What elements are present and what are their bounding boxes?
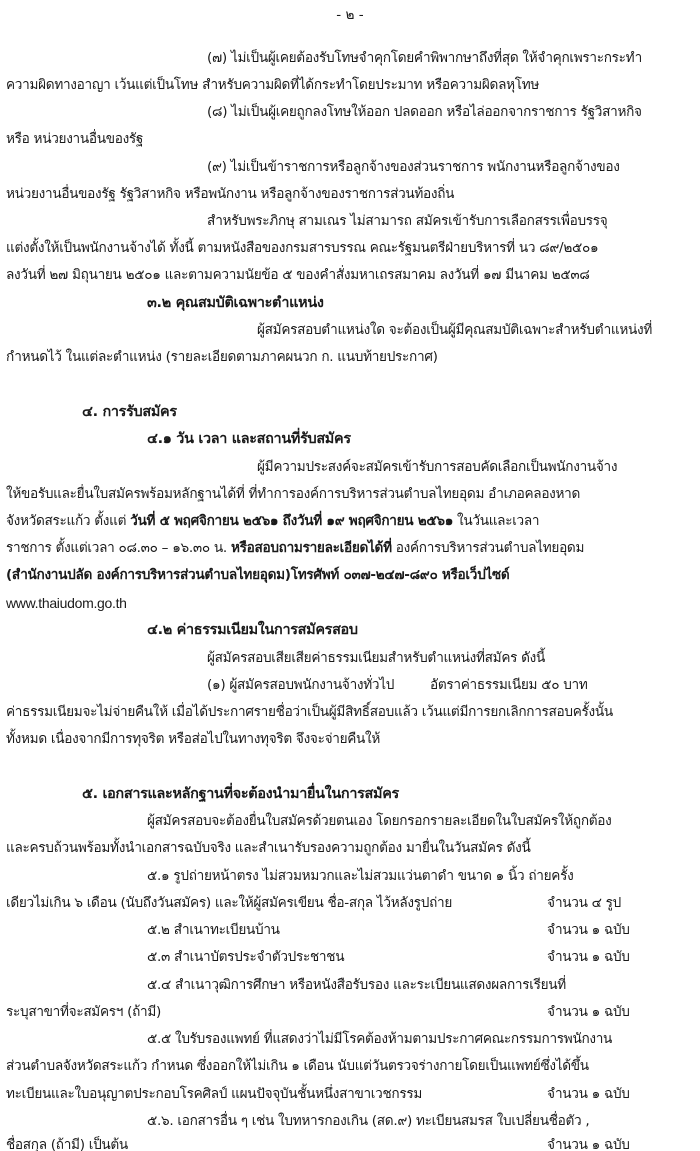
- text-line: ทั้งหมด เนื่องจากมีการทุจริต หรือส่อไปใน…: [6, 729, 380, 749]
- text-span: ในวันและเวลา: [453, 513, 539, 529]
- text-line: และครบถ้วนพร้อมทั้งนำเอกสารฉบับจริง และส…: [6, 838, 531, 858]
- document-item: ๕.๒ สำเนาทะเบียนบ้าน: [147, 920, 280, 940]
- text-line: (๗) ไม่เป็นผู้เคยต้องรับโทษจำคุกโดยคำพิพ…: [207, 48, 642, 68]
- text-line: ค่าธรรมเนียมจะไม่จ่ายคืนให้ เมื่อได้ประก…: [6, 702, 613, 722]
- text-line: ลงวันที่ ๒๗ มิถุนายน ๒๕๐๑ และตามความนัยข…: [6, 265, 590, 285]
- text-line: หรือ หน่วยงานอื่นของรัฐ: [6, 129, 143, 149]
- document-qty: จำนวน ๔ รูป: [547, 893, 621, 913]
- document-qty: จำนวน ๑ ฉบับ: [547, 920, 630, 940]
- document-item-cont: เดียวไม่เกิน ๖ เดือน (นับถึงวันสมัคร) แล…: [6, 893, 452, 913]
- text-line: ความผิดทางอาญา เว้นแต่เป็นโทษ สำหรับความ…: [6, 75, 539, 95]
- text-line: สำหรับพระภิกษุ สามเณร ไม่สามารถ สมัครเข้…: [207, 211, 607, 231]
- contact-line: (สำนักงานปลัด องค์การบริหารส่วนตำบลไทยอุ…: [6, 565, 509, 585]
- document-qty: จำนวน ๑ ฉบับ: [547, 947, 630, 967]
- document-page: - ๒ - (๗) ไม่เป็นผู้เคยต้องรับโทษจำคุกโด…: [0, 0, 700, 1151]
- text-line: (๙) ไม่เป็นข้าราชการหรือลูกจ้างของส่วนรา…: [207, 157, 620, 177]
- document-item: ๕.๑ รูปถ่ายหน้าตรง ไม่สวมหมวกและไม่สวมแว…: [147, 866, 573, 886]
- text-span: องค์การบริหารส่วนตำบลไทยอุดม: [392, 540, 584, 556]
- document-item: ๕.๔ สำเนาวุฒิการศึกษา หรือหนังสือรับรอง …: [147, 975, 566, 995]
- text-line: แต่งตั้งให้เป็นพนักงานจ้างได้ ทั้งนี้ ตา…: [6, 238, 598, 258]
- website-link[interactable]: www.thaiudom.go.th: [6, 593, 127, 613]
- text-line: (๘) ไม่เป็นผู้เคยถูกลงโทษให้ออก ปลดออก ห…: [207, 102, 642, 122]
- text-span: จังหวัดสระแก้ว ตั้งแต่: [6, 513, 130, 529]
- application-period: วันที่ ๕ พฤศจิกายน ๒๕๖๑ ถึงวันที่ ๑๙ พฤศ…: [130, 513, 453, 529]
- document-item-cont: ส่วนตำบลจังหวัดสระแก้ว กำหนด ซึ่งออกให้ไ…: [6, 1056, 589, 1076]
- fee-amount: อัตราค่าธรรมเนียม ๕๐ บาท: [430, 675, 588, 695]
- text-line: ผู้สมัครสอบตำแหน่งใด จะต้องเป็นผู้มีคุณส…: [257, 320, 652, 340]
- document-qty: จำนวน ๑ ฉบับ: [547, 1135, 630, 1151]
- text-line: ให้ขอรับและยื่นใบสมัครพร้อมหลักฐานได้ที่…: [6, 484, 580, 504]
- section-heading-4: ๔. การรับสมัคร: [82, 402, 177, 422]
- text-line: หน่วยงานอื่นของรัฐ รัฐวิสาหกิจ หรือพนักง…: [6, 184, 454, 204]
- text-line: ผู้สมัครสอบเสียเสียค่าธรรมเนียมสำหรับตำแ…: [207, 648, 545, 668]
- document-item-cont: ระบุสาขาที่จะสมัครฯ (ถ้ามี): [6, 1002, 161, 1022]
- document-item-cont: ทะเบียนและใบอนุญาตประกอบโรคศิลป์ แผนปัจจ…: [6, 1084, 422, 1104]
- document-qty: จำนวน ๑ ฉบับ: [547, 1002, 630, 1022]
- text-line: ผู้มีความประสงค์จะสมัครเข้ารับการสอบคัดเ…: [257, 457, 617, 477]
- text-line: ผู้สมัครสอบจะต้องยื่นใบสมัครด้วยตนเอง โด…: [147, 811, 612, 831]
- document-item: ๕.๖. เอกสารอื่น ๆ เช่น ใบทหารกองเกิน (สด…: [147, 1111, 589, 1131]
- section-heading-4-2: ๔.๒ ค่าธรรมเนียมในการสมัครสอบ: [147, 620, 358, 640]
- section-heading-4-1: ๔.๑ วัน เวลา และสถานที่รับสมัคร: [147, 429, 351, 449]
- document-qty: จำนวน ๑ ฉบับ: [547, 1084, 630, 1104]
- section-heading-5: ๕. เอกสารและหลักฐานที่จะต้องนำมายื่นในกา…: [82, 784, 399, 804]
- document-item: ๕.๕ ใบรับรองแพทย์ ที่แสดงว่าไม่มีโรคต้อง…: [147, 1029, 612, 1049]
- document-item: ๕.๓ สำเนาบัตรประจำตัวประชาชน: [147, 947, 344, 967]
- text-span-bold: หรือสอบถามรายละเอียดได้ที่: [231, 540, 392, 556]
- text-line: กำหนดไว้ ในแต่ละตำแหน่ง (รายละเอียดตามภา…: [6, 347, 438, 367]
- document-item-cont: ชื่อสกุล (ถ้ามี) เป็นต้น: [6, 1135, 128, 1151]
- section-heading-3-2: ๓.๒ คุณสมบัติเฉพาะตำแหน่ง: [147, 293, 324, 313]
- page-number: - ๒ -: [0, 5, 700, 25]
- text-span: ราชการ ตั้งแต่เวลา ๐๘.๓๐ – ๑๖.๓๐ น.: [6, 540, 231, 556]
- text-line: ราชการ ตั้งแต่เวลา ๐๘.๓๐ – ๑๖.๓๐ น. หรือ…: [6, 538, 584, 558]
- text-line: จังหวัดสระแก้ว ตั้งแต่ วันที่ ๕ พฤศจิกาย…: [6, 511, 539, 531]
- fee-item-label: (๑) ผู้สมัครสอบพนักงานจ้างทั่วไป: [207, 675, 394, 695]
